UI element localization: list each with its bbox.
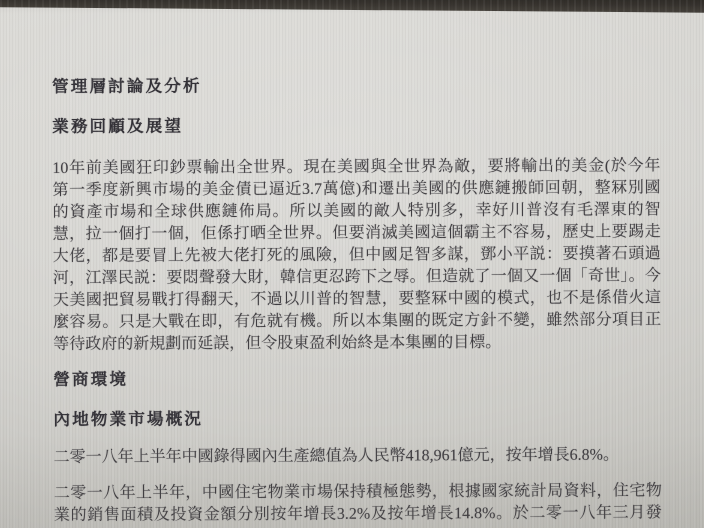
text-line: 等待政府的新規劃而延誤，但令股東盈利始終是本集團的目標。 (53, 331, 661, 356)
report-page: 管理層討論及分析 業務回顧及展望 10年前美國狂印鈔票輸出全世界。現在美國與全世… (52, 73, 662, 527)
text-line: 的資產市場和全球供應鏈佈局。所以美國的敵人特別多，幸好川普沒有毛澤東的智 (53, 199, 661, 224)
paragraph-residential-market: 二零一八年上半年，中國住宅物業市場保持積極態勢，根據國家統計局資料，住宅物業的銷… (54, 480, 662, 527)
paragraph-gdp: 二零一八年上半年中國錄得國內生產總值為人民幣418,961億元，按年增長6.8%… (54, 444, 662, 469)
section-heading-mainland-property-market: 內地物業市場概況 (53, 406, 661, 431)
page-title: 管理層討論及分析 (52, 73, 660, 98)
text-line: 大佬，都是要冒上先被大佬打死的風險，但中國足智多謀，鄧小平説：要摸著石頭過 (53, 243, 661, 268)
document-photo: 管理層討論及分析 業務回顧及展望 10年前美國狂印鈔票輸出全世界。現在美國與全世… (0, 0, 704, 528)
text-line: 業的銷售面積及投資金額分別按年增長3.2%及按年增長14.8%。於二零一八年三月… (54, 502, 662, 527)
text-line: 二零一八年上半年中國錄得國內生產總值為人民幣418,961億元，按年增長6.8%… (54, 444, 662, 469)
paragraph-business-review: 10年前美國狂印鈔票輸出全世界。現在美國與全世界為敵，要將輸出的美金(於今年第一… (52, 155, 661, 356)
text-line: 麼容易。只是大戰在即，有危就有機。所以本集團的既定方針不變，雖然部分項目正 (53, 309, 661, 334)
text-line: 10年前美國狂印鈔票輸出全世界。現在美國與全世界為敵，要將輸出的美金(於今年 (52, 155, 660, 180)
section-heading-business-review: 業務回顧及展望 (52, 113, 660, 138)
text-line: 河，江澤民説：要悶聲發大財，韓信更忍跨下之辱。但造就了一個又一個「奇世」。今 (53, 265, 661, 290)
section-heading-operating-environment: 營商環境 (53, 366, 661, 391)
text-line: 慧，拉一個打一個，佢係打晒全世界。但要消滅美國這個霸主不容易，歷史上要踢走 (53, 221, 661, 246)
screen-edge-bar (0, 0, 704, 13)
text-line: 天美國把貿易戰打得翻天，不過以川普的智慧，要整冧中國的模式，也不是係借火這 (53, 287, 661, 312)
text-line: 二零一八年上半年，中國住宅物業市場保持積極態勢，根據國家統計局資料，住宅物 (54, 480, 662, 505)
text-line: 第一季度新興市場的美金債已逼近3.7萬億)和遷出美國的供應鏈搬師回朝，整冧別國 (52, 177, 660, 202)
